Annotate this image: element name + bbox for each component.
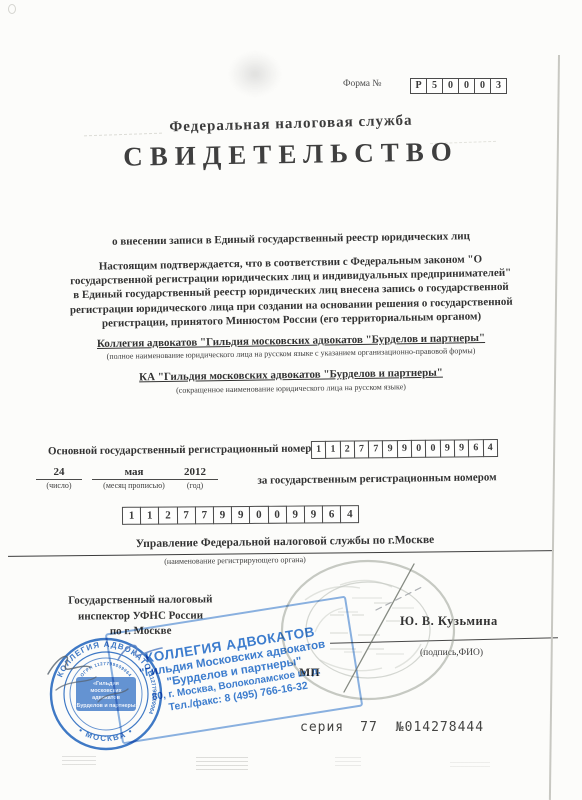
- form-code-cell: 5: [426, 78, 443, 94]
- ogrn-digit-cell: 9: [397, 440, 412, 458]
- ogrn-number-boxes: 1127799009964: [312, 439, 498, 459]
- series-value: 77: [360, 720, 378, 735]
- document-page: Форма № Р50003 Федеральная налоговая слу…: [0, 0, 582, 800]
- ogrn-digit-cell: 0: [425, 440, 440, 458]
- pen-dashed-stroke: [376, 586, 424, 610]
- ogrn-digit-cell: 7: [354, 440, 369, 458]
- signature-caption: (подпись,ФИО): [420, 648, 483, 658]
- form-code-cell: 0: [442, 78, 459, 94]
- grn-digit-cell: 0: [267, 506, 286, 524]
- pencil-smudge: [196, 757, 248, 771]
- grn-digit-cell: 9: [286, 506, 305, 524]
- coat-of-arms-watermark: [218, 42, 292, 106]
- signer-name: Ю. В. Кузьмина: [400, 614, 498, 629]
- ogrn-digit-cell: 0: [411, 440, 426, 458]
- grn-digit-cell: 2: [158, 506, 177, 524]
- form-code-cell: 0: [474, 78, 491, 94]
- round-stamp-center-line: адвокатов: [92, 695, 121, 701]
- serial-number: №014278444: [396, 720, 484, 735]
- pencil-smudge: [62, 756, 96, 766]
- date-month-value: мая: [92, 466, 176, 480]
- series-label: серия: [300, 720, 344, 735]
- ogrn-digit-cell: 1: [325, 441, 340, 459]
- ogrn-digit-cell: 9: [440, 439, 455, 457]
- scan-artifact-corner: [8, 4, 16, 14]
- scan-edge-line: [549, 55, 560, 800]
- pencil-smudge: [335, 757, 361, 769]
- grn-phrase: за государственным регистрационным номер…: [232, 471, 522, 487]
- grn-digit-cell: 9: [213, 506, 232, 524]
- grn-digit-cell: 9: [304, 505, 323, 523]
- grn-digit-cell: 9: [231, 506, 250, 524]
- ogrn-label: Основной государственный регистрационный…: [48, 443, 311, 458]
- grn-digit-cell: 1: [140, 507, 159, 525]
- date-year-field: 2012 (год): [172, 466, 218, 490]
- pencil-smudge: [450, 762, 490, 770]
- date-year-value: 2012: [172, 466, 218, 480]
- ogrn-digit-cell: 2: [340, 441, 355, 459]
- round-stamp-top-arc: КОЛЛЕГИЯ АДВОКАТОВ: [55, 640, 156, 679]
- round-stamp-center-line: московских: [90, 688, 121, 694]
- ogrn-digit-cell: 9: [382, 440, 397, 458]
- round-stamp-center-line: «Бурделов и партнеры»: [74, 703, 139, 709]
- date-day-value: 24: [36, 466, 82, 480]
- form-number-label: Форма №: [343, 79, 381, 89]
- body-paragraph: Настоящим подтверждается, что в соответс…: [29, 251, 552, 332]
- ogrn-digit-cell: 7: [368, 440, 383, 458]
- grn-digit-cell: 0: [249, 506, 268, 524]
- ogrn-digit-cell: 6: [468, 439, 483, 457]
- grn-digit-cell: 4: [340, 505, 359, 523]
- serial-line: серия77№014278444: [300, 720, 484, 735]
- form-code-cell: 3: [490, 78, 507, 94]
- grn-digit-cell: 7: [177, 506, 196, 524]
- document-title: СВИДЕТЕЛЬСТВО: [41, 135, 541, 174]
- date-month-field: мая (месяц прописью): [92, 466, 176, 490]
- svg-text:• МОСКВА •: • МОСКВА •: [77, 726, 135, 743]
- ogrn-digit-cell: 1: [311, 441, 326, 459]
- grn-digit-cell: 7: [195, 506, 214, 524]
- form-code-cell: 0: [458, 78, 475, 94]
- grn-number-boxes: 1127799009964: [123, 505, 360, 525]
- signature-rule: [330, 637, 558, 644]
- ogrn-digit-cell: 4: [482, 439, 497, 457]
- form-code-boxes: Р50003: [411, 78, 507, 94]
- svg-text:КОЛЛЕГИЯ АДВОКАТОВ: КОЛЛЕГИЯ АДВОКАТОВ: [55, 640, 156, 679]
- grn-digit-cell: 1: [122, 507, 141, 525]
- date-day-field: 24 (число): [36, 466, 82, 490]
- official-line: Государственный налоговый: [33, 592, 248, 609]
- advocates-round-stamp: КОЛЛЕГИЯ АДВОКАТОВ 1127799009964 • МОСКВ…: [36, 624, 176, 764]
- document-subtitle: о внесении записи в Единый государственн…: [41, 229, 541, 249]
- round-stamp-center-line: «Гильдия: [93, 681, 119, 687]
- round-stamp-bottom-arc: • МОСКВА •: [77, 726, 135, 743]
- date-month-caption: (месяц прописью): [92, 480, 176, 490]
- grn-digit-cell: 6: [322, 505, 341, 523]
- date-year-caption: (год): [172, 480, 218, 490]
- form-code-cell: Р: [410, 78, 427, 94]
- ogrn-digit-cell: 9: [454, 439, 469, 457]
- date-day-caption: (число): [36, 480, 82, 490]
- registering-organ-name: Управление Федеральной налоговой службы …: [50, 533, 520, 552]
